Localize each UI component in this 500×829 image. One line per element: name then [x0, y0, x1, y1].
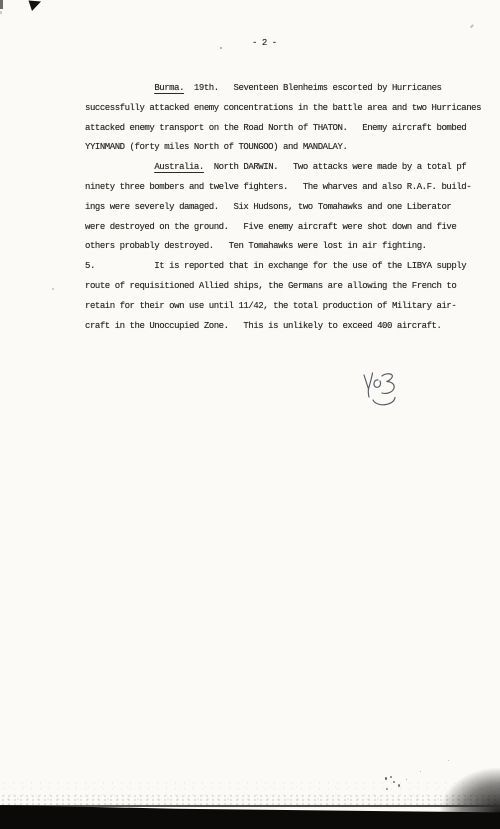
typewriter-text: Burma. 19th. Seventeen Blenheims escorte… — [85, 79, 481, 336]
corner-triangle-mark — [0, 0, 50, 16]
text-line: attacked enemy transport on the Road Nor… — [85, 119, 481, 139]
text-segment: 5. It is reported that in exchange for t… — [85, 261, 466, 271]
text-segment: YYINMAND (forty miles North of TOUNGOO) … — [85, 142, 347, 152]
ink-speck — [390, 776, 392, 778]
scan-edge-line — [0, 805, 500, 807]
text-segment — [85, 162, 154, 172]
text-segment: ninety three bombers and twelve fighters… — [85, 182, 471, 192]
underlined-heading: Burma. — [154, 83, 184, 93]
text-segment: were destroyed on the ground. Five enemy… — [85, 222, 456, 232]
text-segment — [85, 83, 154, 93]
text-line: others probably destroyed. Ten Tomahawks… — [85, 237, 481, 257]
scan-corner-shadow — [440, 768, 500, 816]
underlined-heading: Australia. — [154, 162, 204, 172]
text-segment: route of requisitioned Allied ships, the… — [85, 281, 456, 291]
ink-speck — [52, 288, 54, 290]
text-segment: attacked enemy transport on the Road Nor… — [85, 123, 466, 133]
ink-speck — [220, 47, 222, 49]
text-line: retain for their own use until 11/42, th… — [85, 297, 481, 317]
text-line: YYINMAND (forty miles North of TOUNGOO) … — [85, 138, 481, 158]
text-line: route of requisitioned Allied ships, the… — [85, 277, 481, 297]
ink-speck — [448, 760, 449, 761]
text-segment: successfully attacked enemy concentratio… — [85, 103, 481, 113]
scanned-document-page: - 2 - Burma. 19th. Seventeen Blenheims e… — [0, 0, 500, 829]
text-segment: North DARWIN. Two attacks were made by a… — [204, 162, 466, 172]
text-line: ings were severely damaged. Six Hudsons,… — [85, 198, 481, 218]
ink-speck — [470, 24, 474, 28]
text-line: Australia. North DARWIN. Two attacks wer… — [85, 158, 481, 178]
text-line: were destroyed on the ground. Five enemy… — [85, 218, 481, 238]
text-line: Burma. 19th. Seventeen Blenheims escorte… — [85, 79, 481, 99]
page-number: - 2 - — [252, 38, 277, 48]
text-line: ninety three bombers and twelve fighters… — [85, 178, 481, 198]
text-line: craft in the Unoccupied Zone. This is un… — [85, 317, 481, 337]
text-segment: others probably destroyed. Ten Tomahawks… — [85, 241, 427, 251]
text-segment: retain for their own use until 11/42, th… — [85, 301, 456, 311]
text-segment: craft in the Unoccupied Zone. This is un… — [85, 321, 441, 331]
text-segment: 19th. Seventeen Blenheims escorted by Hu… — [184, 83, 441, 93]
text-line: successfully attacked enemy concentratio… — [85, 99, 481, 119]
text-line: 5. It is reported that in exchange for t… — [85, 257, 481, 277]
text-segment: ings were severely damaged. Six Hudsons,… — [85, 202, 451, 212]
handwritten-signature — [348, 362, 408, 410]
ink-speck — [420, 771, 421, 772]
